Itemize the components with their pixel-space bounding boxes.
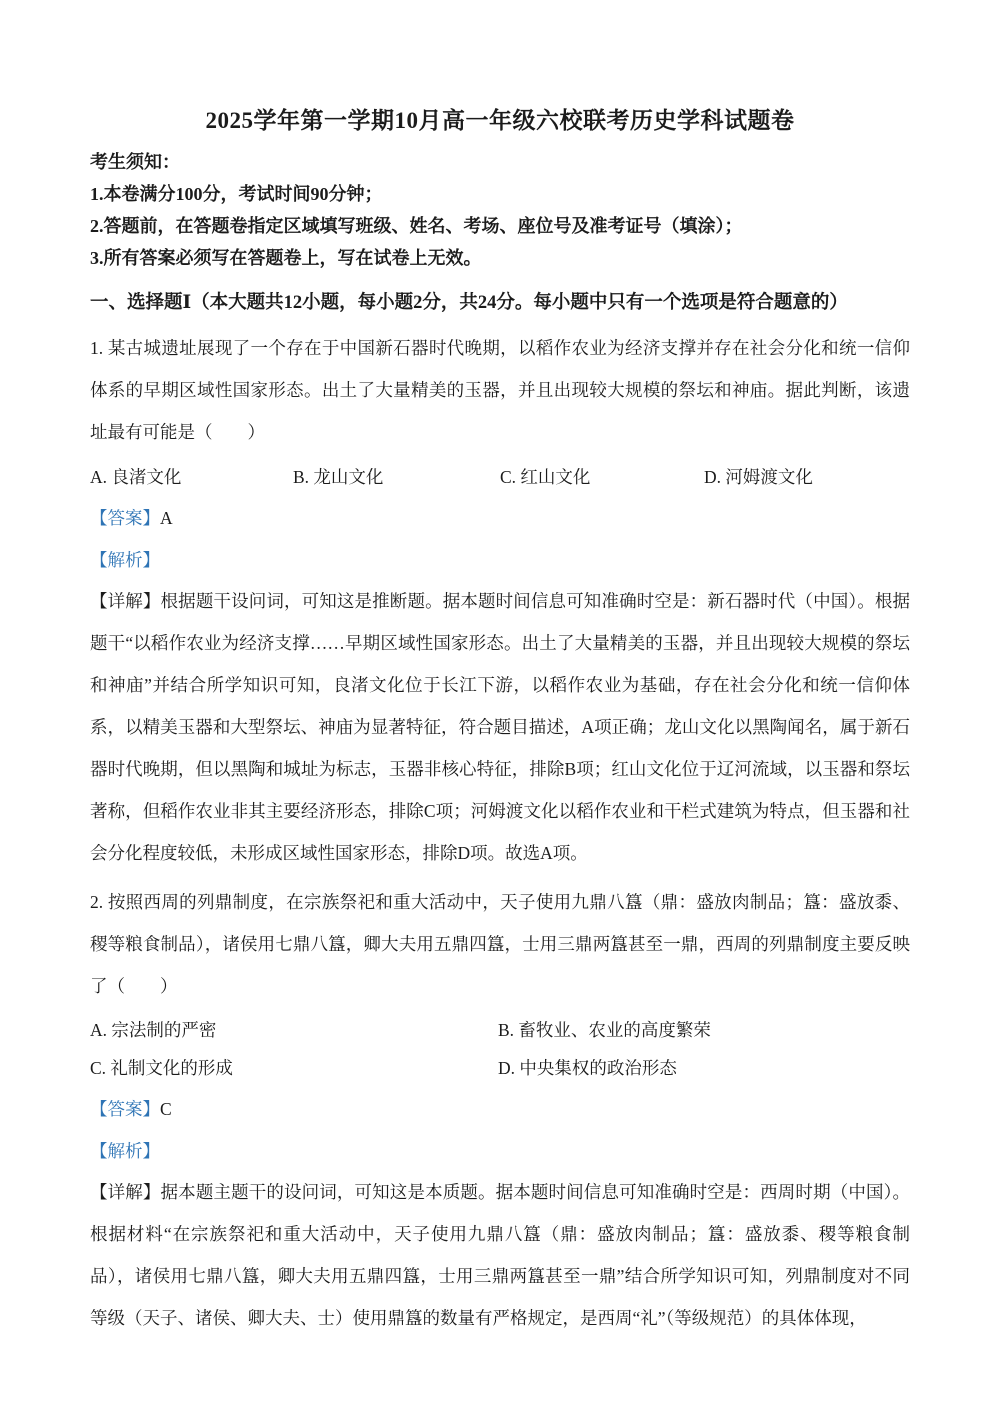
question-2-options: A. 宗法制的严密 B. 畜牧业、农业的高度繁荣 C. 礼制文化的形成 D. 中… [90, 1020, 910, 1078]
analysis-label: 【解析】 [90, 1141, 160, 1161]
question-2-option-a: A. 宗法制的严密 [90, 1020, 498, 1040]
notice-heading: 考生须知： [90, 146, 910, 178]
answer-label: 【答案】 [90, 1099, 160, 1119]
candidate-notice: 考生须知： 1.本卷满分100分，考试时间90分钟； 2.答题前，在答题卷指定区… [90, 146, 910, 274]
notice-line-1: 1.本卷满分100分，考试时间90分钟； [90, 178, 910, 210]
question-2-detail: 【详解】据本题主题干的设问词，可知这是本质题。据本题时间信息可知准确时空是：西周… [90, 1171, 910, 1339]
detail-label: 【详解】 [90, 591, 161, 611]
question-2-detail-text: 据本题主题干的设问词，可知这是本质题。据本题时间信息可知准确时空是：西周时期（中… [90, 1182, 910, 1328]
question-1-option-c: C. 红山文化 [500, 467, 704, 487]
question-1-stem: 1. 某古城遗址展现了一个存在于中国新石器时代晚期，以稻作农业为经济支撑并存在社… [90, 327, 910, 453]
question-2-stem: 2. 按照西周的列鼎制度，在宗族祭祀和重大活动中，天子使用九鼎八簋（鼎：盛放肉制… [90, 881, 910, 1007]
section-heading: 一、选择题Ⅰ（本大题共12小题，每小题2分，共24分。每小题中只有一个选项是符合… [90, 287, 910, 320]
question-1-detail-text: 根据题干设问词，可知这是推断题。据本题时间信息可知准确时空是：新石器时代（中国）… [90, 591, 910, 863]
notice-line-3: 3.所有答案必须写在答题卷上，写在试卷上无效。 [90, 242, 910, 274]
question-1-option-a: A. 良渚文化 [90, 467, 293, 487]
question-1-options: A. 良渚文化 B. 龙山文化 C. 红山文化 D. 河姆渡文化 [90, 467, 910, 487]
question-1-answer-line: 【答案】A [90, 508, 910, 529]
question-1-answer-value: A [160, 508, 173, 528]
question-1-analysis-line: 【解析】 [90, 550, 910, 571]
question-2-analysis-line: 【解析】 [90, 1141, 910, 1162]
question-2-option-b: B. 畜牧业、农业的高度繁荣 [498, 1020, 910, 1040]
question-1-option-b: B. 龙山文化 [293, 467, 500, 487]
question-2-answer-line: 【答案】C [90, 1099, 910, 1120]
detail-label: 【详解】 [90, 1182, 161, 1202]
question-2-option-c: C. 礼制文化的形成 [90, 1058, 498, 1078]
question-1: 1. 某古城遗址展现了一个存在于中国新石器时代晚期，以稻作农业为经济支撑并存在社… [90, 327, 910, 874]
exam-paper-page: 2025学年第一学期10月高一年级六校联考历史学科试题卷 考生须知： 1.本卷满… [0, 0, 1000, 1414]
question-1-detail: 【详解】根据题干设问词，可知这是推断题。据本题时间信息可知准确时空是：新石器时代… [90, 580, 910, 874]
question-2-option-d: D. 中央集权的政治形态 [498, 1058, 910, 1078]
answer-label: 【答案】 [90, 508, 160, 528]
question-2: 2. 按照西周的列鼎制度，在宗族祭祀和重大活动中，天子使用九鼎八簋（鼎：盛放肉制… [90, 881, 910, 1339]
analysis-label: 【解析】 [90, 550, 160, 570]
notice-line-2: 2.答题前，在答题卷指定区域填写班级、姓名、考场、座位号及准考证号（填涂）； [90, 210, 910, 242]
question-1-option-d: D. 河姆渡文化 [704, 467, 910, 487]
question-2-answer-value: C [160, 1099, 172, 1119]
page-title: 2025学年第一学期10月高一年级六校联考历史学科试题卷 [90, 106, 910, 136]
